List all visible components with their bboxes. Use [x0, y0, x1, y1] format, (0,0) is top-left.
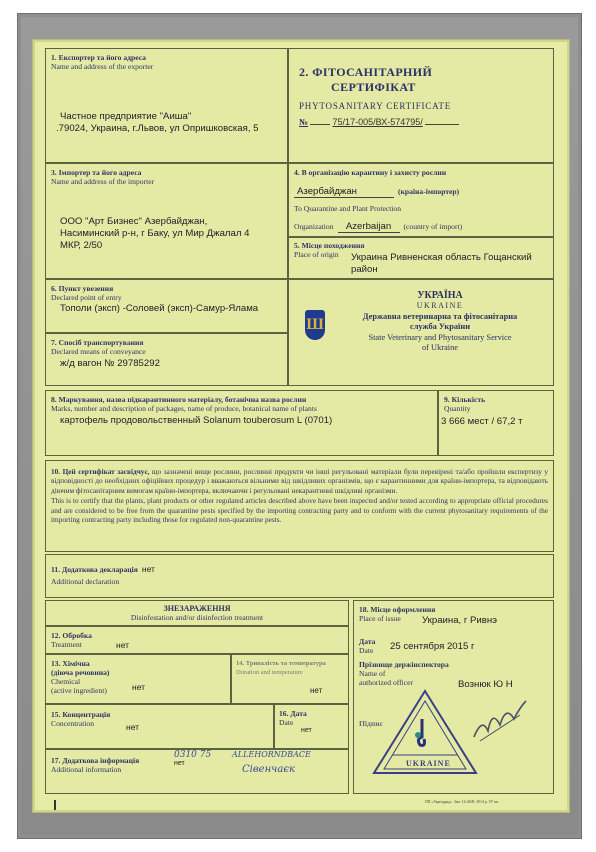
authority-country-en: UKRAINE: [331, 301, 549, 310]
duration-value: нет: [310, 685, 322, 697]
importer-address-1: Насиминский р-н, г Баку, ул Мир Джалал 4: [60, 228, 249, 240]
issue-date-value: 25 сентября 2015 г: [390, 641, 474, 653]
point-of-entry-box: 6. Пункт увезення Declared point of entr…: [45, 279, 288, 333]
number-label: №: [299, 117, 308, 127]
description-label-ua: 8. Маркування, назва підкарантинного мат…: [51, 395, 317, 404]
additional-info-label-ua: 17. Додаткова інформація: [51, 756, 139, 765]
certificate-number-row: № 75/17-005/ВХ-574795/: [299, 117, 459, 127]
concentration-value: нет: [126, 721, 139, 733]
officer-label-en-2: authorized officer: [359, 678, 449, 687]
trident-coat-of-arms-icon: Ш: [305, 310, 325, 340]
additional-declaration-label-en: Additional declaration: [51, 577, 155, 586]
chemical-box: 13. Хімічна (діюча речовина) Chemical (a…: [45, 654, 231, 704]
importer-address-2: МКР, 2/50: [60, 240, 249, 252]
authority-box: Ш УКРАЇНА UKRAINE Державна ветеринарна т…: [288, 279, 554, 386]
statement-lead-ua: 10. Цей сертифікат засвідчує,: [51, 467, 149, 476]
treatment-header: ЗНЕЗАРАЖЕННЯ Disinfestation and/or disin…: [45, 600, 349, 626]
certificate-title-ua-2: СЕРТИФІКАТ: [331, 80, 459, 95]
treatment-label-en: Treatment: [51, 640, 92, 649]
certification-statement-box: 10. Цей сертифікат засвідчує, що зазначе…: [45, 460, 554, 552]
concentration-box: 15. Концентрація Concentration нет: [45, 704, 274, 749]
issue-date-label-ua: Дата: [359, 637, 375, 646]
concentration-label-ua: 15. Концентрація: [51, 710, 110, 719]
authority-service-ua-2: служба України: [331, 322, 549, 332]
handwritten-signature: Сівенчаєк: [242, 764, 295, 775]
importer-label-en: Name and address of the importer: [51, 177, 154, 186]
description-box: 8. Маркування, назва підкарантинного мат…: [45, 390, 438, 456]
organization-label: Organization: [294, 222, 334, 231]
importing-country-en: Azerbaijan: [338, 221, 400, 233]
quantity-label-ua: 9. Кількість: [444, 395, 485, 404]
origin-label-ua: 5. Місце походження: [294, 241, 364, 250]
treatment-date-box: 16. Дата Date нет: [274, 704, 349, 749]
importer-name: ООО "Арт Бизнес" Азербайджан,: [60, 216, 249, 228]
authority-service-en-1: State Veterinary and Phytosanitary Servi…: [331, 332, 549, 343]
certificate-form: 1. Експортер та його адреса Name and add…: [45, 48, 554, 803]
treatment-date-label-ua: 16. Дата: [279, 709, 307, 718]
treatment-value: нет: [116, 639, 129, 651]
authority-service-en-2: of Ukraine: [331, 343, 549, 353]
importing-country-suffix-en: (country of import): [404, 222, 463, 231]
place-of-origin-box: 5. Місце походження Place of origin Укра…: [288, 237, 554, 279]
certificate-title-box: 2. ФІТОСАНІТАРНИЙ СЕРТИФІКАТ PHYTOSANITA…: [288, 48, 554, 163]
treatment-label-ua: 12. Обробка: [51, 631, 92, 640]
additional-declaration-value: нет: [142, 564, 155, 574]
additional-declaration-label-ua: 11. Додаткова декларація: [51, 565, 138, 574]
quantity-label-en: Quantity: [444, 404, 485, 413]
handwritten-note-1: 0310 75: [174, 750, 211, 760]
npp-organization-box: 4. В організацію карантину і захисту рос…: [288, 163, 554, 237]
importer-label-ua: 3. Імпортер та його адреса: [51, 168, 154, 177]
quantity-value: 3 666 мест / 67,2 т: [441, 416, 523, 428]
issue-place-label-ua: 18. Місце оформлення: [359, 605, 435, 614]
officer-label-en-1: Name of: [359, 669, 449, 678]
conveyance-label-en: Declared means of conveyance: [51, 347, 146, 356]
chemical-label-ua-2: (діюча речовина): [51, 668, 109, 677]
duration-label-ua: 14. Тривалість та температура: [236, 659, 326, 668]
conveyance-box: 7. Спосіб транспортування Declared means…: [45, 333, 288, 386]
origin-value-2: район: [351, 264, 532, 276]
scan-marker: [54, 800, 56, 810]
description-label-en: Marks, number and description of package…: [51, 404, 317, 413]
exporter-label-en: Name and address of the exporter: [51, 62, 153, 71]
treatment-title-en: Disinfestation and/or disinfection treat…: [46, 613, 348, 622]
exporter-name: Частное предприятие "Аиша": [60, 111, 259, 123]
origin-value-1: Украина Ривненская область Гощанский: [351, 252, 532, 264]
stamp-text: UKRAINE: [406, 759, 451, 768]
chemical-label-en-2: (active ingredient): [51, 686, 109, 695]
officer-signature-icon: [470, 697, 530, 747]
treatment-date-value: нет: [301, 725, 312, 737]
point-of-entry-value: Тополи (эксп) -Соловей (эксп)-Самур-Ялам…: [60, 303, 258, 315]
issue-place-value: Украина, г Ривнэ: [422, 615, 497, 627]
chemical-label-en-1: Chemical: [51, 677, 109, 686]
additional-declaration-box: 11. Додаткова декларація нет Additional …: [45, 554, 554, 598]
exporter-address: .79024, Украина, г.Львов, ул Опришковска…: [56, 123, 259, 135]
treatment-box: 12. Обробка Treatment нет: [45, 626, 349, 654]
description-value: картофель продовольственный Solanum toub…: [60, 415, 332, 427]
additional-information-box: 17. Додаткова інформація Additional info…: [45, 749, 349, 794]
entry-label-en: Declared point of entry: [51, 293, 122, 302]
authority-country-ua: УКРАЇНА: [331, 290, 549, 301]
npp-label-en: To Quarantine and Plant Protection: [294, 204, 549, 213]
importing-country-ua: Азербайджан: [294, 186, 394, 198]
certificate-title-ua-1: 2. ФІТОСАНІТАРНИЙ: [299, 65, 459, 80]
importer-box: 3. Імпортер та його адреса Name and addr…: [45, 163, 288, 279]
statement-text-en: This is to certify that the plants, plan…: [51, 496, 548, 524]
issue-date-label-en: Date: [359, 646, 375, 655]
exporter-label-ua: 1. Експортер та його адреса: [51, 53, 153, 62]
entry-label-ua: 6. Пункт увезення: [51, 284, 122, 293]
handwritten-note-2: ALLEHORNDBACE: [232, 750, 311, 759]
certificate-number: 75/17-005/ВХ-574795/: [333, 117, 423, 127]
npp-label-ua: 4. В організацію карантину і захисту рос…: [294, 168, 549, 177]
duration-temperature-box: 14. Тривалість та температура Duration a…: [231, 654, 349, 704]
importing-country-suffix-ua: (країна-імпортер): [398, 187, 459, 196]
chemical-value: нет: [132, 681, 145, 693]
concentration-label-en: Concentration: [51, 719, 110, 728]
duration-label-en: Duration and temperature: [236, 668, 326, 677]
treatment-title-ua: ЗНЕЗАРАЖЕННЯ: [46, 604, 348, 613]
quantity-box: 9. Кількість Quantity 3 666 мест / 67,2 …: [438, 390, 554, 456]
officer-label-ua: Прізвище держінспектора: [359, 660, 449, 669]
authority-service-ua-1: Державна ветеринарна та фітосанітарна: [331, 312, 549, 322]
conveyance-value: ж/д вагон № 29785292: [60, 358, 160, 370]
place-of-issue-box: 18. Місце оформлення Place of issue Укра…: [353, 600, 554, 794]
printer-imprint: ПП «Укрпідряд». Зам. 14-4409. 2014 р. 5У…: [425, 800, 499, 804]
exporter-box: 1. Експортер та його адреса Name and add…: [45, 48, 288, 163]
chemical-label-ua-1: 13. Хімічна: [51, 659, 109, 668]
conveyance-label-ua: 7. Спосіб транспортування: [51, 338, 146, 347]
additional-info-label-en: Additional information: [51, 765, 139, 774]
certificate-title-en: PHYTOSANITARY CERTIFICATE: [299, 101, 459, 111]
